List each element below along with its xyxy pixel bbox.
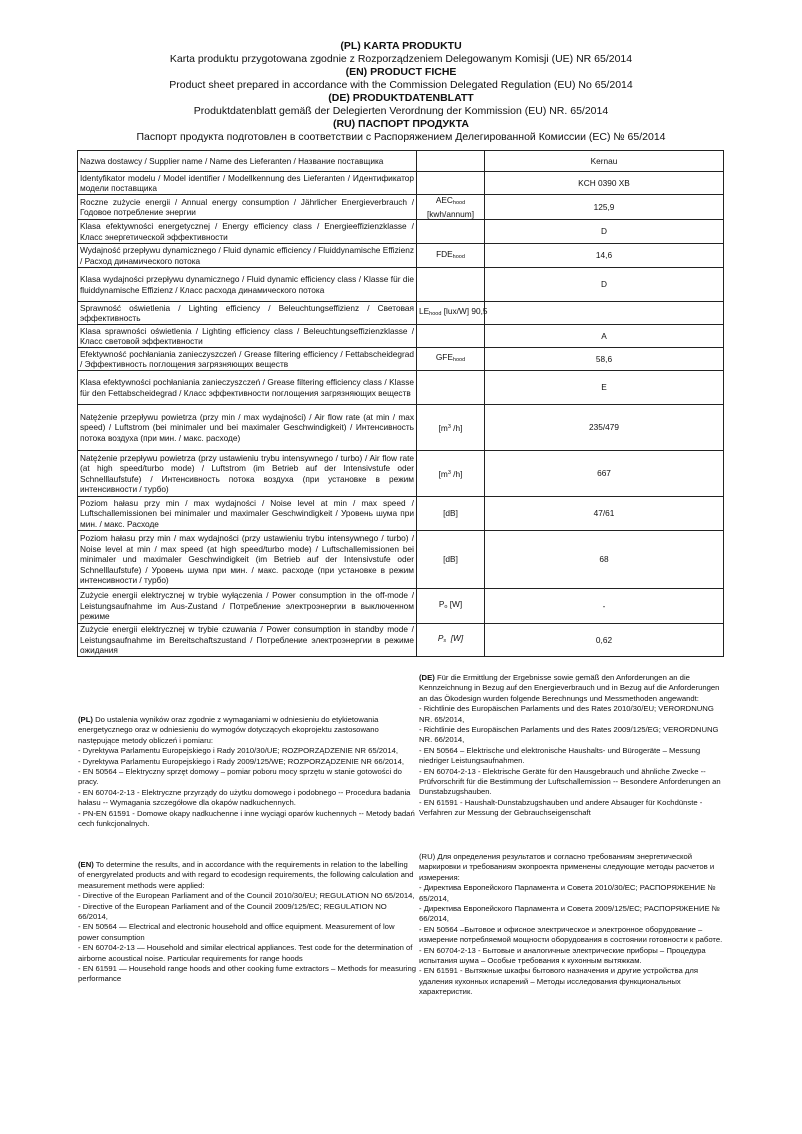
list-item: - EN 50564 — Electrical and electronic h…	[78, 922, 416, 943]
table-row: Poziom hałasu przy min / max wydajności …	[78, 531, 724, 589]
row-unit: [m3 /h]	[417, 451, 485, 497]
de-subtitle: Produktdatenblatt gemäß der Delegierten …	[0, 105, 802, 118]
ru-subtitle: Паспорт продукта подготовлен в соответст…	[0, 131, 802, 144]
row-unit: Po [W]	[417, 589, 485, 624]
row-label: Efektywność pochłaniania zanieczyszczeń …	[78, 348, 417, 371]
row-value: 667	[485, 451, 724, 497]
row-unit: GFEhood	[417, 348, 485, 371]
row-label: Sprawność oświetlenia / Lighting efficie…	[78, 302, 417, 325]
en-subtitle: Product sheet prepared in accordance wit…	[0, 79, 802, 92]
table-row: Natężenie przepływu powietrza (przy min …	[78, 405, 724, 451]
row-value: -	[485, 589, 724, 624]
table-row: Efektywność pochłaniania zanieczyszczeń …	[78, 348, 724, 371]
table-row: Klasa wydajności przepływu dynamicznego …	[78, 268, 724, 302]
list-item: - Директива Европейского Парламента и Со…	[419, 904, 725, 925]
row-value: 90,5	[471, 306, 487, 316]
list-item: - Dyrektywa Parlamentu Europejskiego i R…	[78, 746, 416, 756]
ru-title: (RU) ПАСПОРТ ПРОДУКТА	[0, 118, 802, 131]
table-row: Wydajność przepływu dynamicznego / Fluid…	[78, 244, 724, 268]
list-item: - Richtlinie des Europäischen Parlaments…	[419, 704, 725, 725]
list-item: - EN 61591 - Вытяжные шкафы бытового наз…	[419, 966, 725, 997]
list-item: - Directive of the European Parliament a…	[78, 891, 416, 901]
list-item: - Директива Европейского Парламента и Со…	[419, 883, 725, 904]
row-unit	[417, 172, 485, 195]
row-label: Zużycie energii elektrycznej w trybie wy…	[78, 589, 417, 624]
row-label: Nazwa dostawcy / Supplier name / Name de…	[78, 151, 417, 172]
row-label: Klasa wydajności przepływu dynamicznego …	[78, 268, 417, 302]
notes-en-tag: (EN)	[78, 860, 94, 869]
notes-de-intro: Für die Ermittlung der Ergebnisse sowie …	[419, 673, 719, 703]
list-item: - EN 61591 - Haushalt-Dunstabzugshauben …	[419, 798, 725, 819]
notes-ru-tag: (RU)	[419, 852, 435, 861]
notes-pl-intro: Do ustalenia wyników oraz zgodnie z wyma…	[78, 715, 379, 745]
row-label: Roczne zużycie energii / Annual energy c…	[78, 195, 417, 220]
list-item: - PN-EN 61591 - Domowe okapy nadkuchenne…	[78, 809, 416, 830]
table-row: Klasa efektywności energetycznej / Energ…	[78, 220, 724, 244]
notes-ru-intro: Для определения результатов и согласно т…	[419, 852, 714, 882]
table-row: Poziom hałasu przy min / max wydajności …	[78, 497, 724, 531]
row-unit: Ps [W]	[417, 624, 485, 657]
row-value-cell	[485, 302, 724, 325]
list-item: - Richtlinie des Europäischen Parlaments…	[419, 725, 725, 746]
table-row: Natężenie przepływu powietrza (przy usta…	[78, 451, 724, 497]
row-value: D	[485, 268, 724, 302]
row-unit: [m3 /h]	[417, 405, 485, 451]
list-item: - EN 60704-2-13 — Household and similar …	[78, 943, 416, 964]
row-label: Identyfikator modelu / Model identifier …	[78, 172, 417, 195]
list-item: - EN 61591 — Household range hoods and o…	[78, 964, 416, 985]
row-label: Natężenie przepływu powietrza (przy usta…	[78, 451, 417, 497]
notes-de-tag: (DE)	[419, 673, 435, 682]
notes-pl: (PL) Do ustalenia wyników oraz zgodnie z…	[78, 715, 416, 829]
list-item: - EN 50564 – Elektryczny sprzęt domowy –…	[78, 767, 416, 788]
notes-de: (DE) Für die Ermittlung der Ergebnisse s…	[419, 673, 725, 819]
row-label: Wydajność przepływu dynamicznego / Fluid…	[78, 244, 417, 268]
list-item: - EN 60704-2-13 - Бытовые и аналогичные …	[419, 946, 725, 967]
row-unit: LEhood [lux/W] 90,5	[417, 302, 485, 325]
notes-ru: (RU) Для определения результатов и согла…	[419, 852, 725, 998]
row-label: Zużycie energii elektrycznej w trybie cz…	[78, 624, 417, 657]
table-row: Sprawność oświetlenia / Lighting efficie…	[78, 302, 724, 325]
row-unit	[417, 220, 485, 244]
list-item: - Directive of the European Parliament a…	[78, 902, 416, 923]
row-value: 47/61	[485, 497, 724, 531]
notes-en: (EN) To determine the results, and in ac…	[78, 860, 416, 985]
row-value: E	[485, 371, 724, 405]
row-value: KCH 0390 XB	[485, 172, 724, 195]
notes-pl-tag: (PL)	[78, 715, 93, 724]
row-label: Poziom hałasu przy min / max wydajności …	[78, 531, 417, 589]
table-row: Zużycie energii elektrycznej w trybie wy…	[78, 589, 724, 624]
row-label: Klasa efektywności pochłaniania zanieczy…	[78, 371, 417, 405]
row-unit: [dB]	[417, 497, 485, 531]
row-label: Natężenie przepływu powietrza (przy min …	[78, 405, 417, 451]
row-unit: [dB]	[417, 531, 485, 589]
pl-title: (PL) KARTA PRODUKTU	[0, 40, 802, 53]
row-value: 0,62	[485, 624, 724, 657]
row-value: 235/479	[485, 405, 724, 451]
table-row: Nazwa dostawcy / Supplier name / Name de…	[78, 151, 724, 172]
row-value: 14,6	[485, 244, 724, 268]
product-fiche-table: Nazwa dostawcy / Supplier name / Name de…	[77, 150, 724, 657]
list-item: - Dyrektywa Parlamentu Europejskiego i R…	[78, 757, 416, 767]
row-label: Klasa sprawności oświetlenia / Lighting …	[78, 325, 417, 348]
row-value: 58,6	[485, 348, 724, 371]
list-item: - EN 60704-2-13 - Elektryczne przyrządy …	[78, 788, 416, 809]
list-item: - EN 50564 –Бытовое и офисное электричес…	[419, 925, 725, 946]
table-row: Identyfikator modelu / Model identifier …	[78, 172, 724, 195]
list-item: - EN 50564 – Elektrische und elektronisc…	[419, 746, 725, 767]
row-unit	[417, 325, 485, 348]
row-value: A	[485, 325, 724, 348]
row-unit: AEChood[kwh/annum]	[417, 195, 485, 220]
en-title: (EN) PRODUCT FICHE	[0, 66, 802, 79]
row-unit: FDEhood	[417, 244, 485, 268]
list-item: - EN 60704-2-13 - Elektrische Geräte für…	[419, 767, 725, 798]
row-unit	[417, 268, 485, 302]
row-unit	[417, 371, 485, 405]
row-value: 125,9	[485, 195, 724, 220]
table-row: Klasa efektywności pochłaniania zanieczy…	[78, 371, 724, 405]
row-label: Poziom hałasu przy min / max wydajności …	[78, 497, 417, 531]
row-label: Klasa efektywności energetycznej / Energ…	[78, 220, 417, 244]
row-value: D	[485, 220, 724, 244]
pl-subtitle: Karta produktu przygotowana zgodnie z Ro…	[0, 53, 802, 66]
table-row: Roczne zużycie energii / Annual energy c…	[78, 195, 724, 220]
row-unit	[417, 151, 485, 172]
table-row: Klasa sprawności oświetlenia / Lighting …	[78, 325, 724, 348]
row-value: 68	[485, 531, 724, 589]
notes-en-intro: To determine the results, and in accorda…	[78, 860, 413, 890]
table-row: Zużycie energii elektrycznej w trybie cz…	[78, 624, 724, 657]
document-header: (PL) KARTA PRODUKTU Karta produktu przyg…	[0, 40, 802, 144]
de-title: (DE) PRODUKTDATENBLATT	[0, 92, 802, 105]
row-value: Kernau	[485, 151, 724, 172]
